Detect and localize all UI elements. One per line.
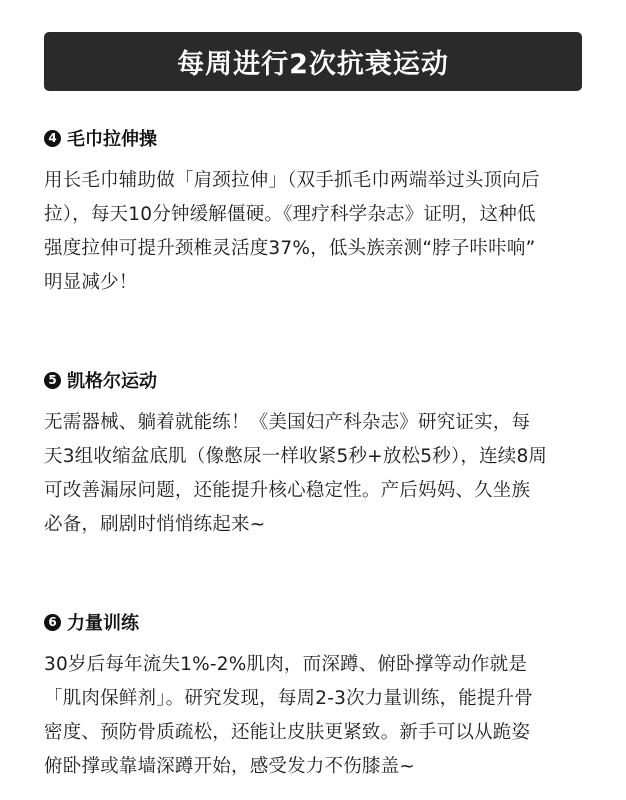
circled-number-4-icon: 4 (44, 130, 61, 147)
section-towel-stretch: 4 毛巾拉伸操 用长毛巾辅助做「肩颈拉伸」（双手抓毛巾两端举过头顶向后 拉），每… (44, 126, 604, 300)
body-line: 拉），每天10分钟缓解僵硬。《理疗科学杂志》证明，这种低 (44, 198, 604, 232)
body-line: 天3组收缩盆底肌（像憋尿一样收紧5秒+放松5秒），连续8周 (44, 440, 604, 474)
circled-number-6-icon: 6 (44, 614, 61, 631)
body-line: 强度拉伸可提升颈椎灵活度37%，低头族亲测“脖子咔咔响” (44, 232, 604, 266)
section-heading: 6 力量训练 (44, 610, 604, 634)
section-title: 凯格尔运动 (67, 367, 157, 393)
section-strength-training: 6 力量训练 30岁后每年流失1%-2%肌肉，而深蹲、俯卧撑等动作就是 「肌肉保… (44, 610, 604, 784)
circled-number-5-icon: 5 (44, 372, 61, 389)
body-line: 无需器械、躺着就能练！《美国妇产科杂志》研究证实，每 (44, 406, 604, 440)
section-heading: 4 毛巾拉伸操 (44, 126, 604, 150)
section-title: 毛巾拉伸操 (67, 125, 157, 151)
body-line: 必备，刷剧时悄悄练起来~ (44, 508, 604, 542)
body-line: 密度、预防骨质疏松，还能让皮肤更紧致。新手可以从跪姿 (44, 716, 604, 750)
body-line: 用长毛巾辅助做「肩颈拉伸」（双手抓毛巾两端举过头顶向后 (44, 164, 604, 198)
body-line: 可改善漏尿问题，还能提升核心稳定性。产后妈妈、久坐族 (44, 474, 604, 508)
body-line: 「肌肉保鲜剂」。研究发现，每周2-3次力量训练，能提升骨 (44, 682, 604, 716)
section-kegel: 5 凯格尔运动 无需器械、躺着就能练！《美国妇产科杂志》研究证实，每 天3组收缩… (44, 368, 604, 542)
body-line: 明显减少！ (44, 266, 604, 300)
section-title: 力量训练 (67, 609, 139, 635)
section-body: 30岁后每年流失1%-2%肌肉，而深蹲、俯卧撑等动作就是 「肌肉保鲜剂」。研究发… (44, 648, 604, 784)
body-line: 俯卧撑或靠墙深蹲开始，感受发力不伤膝盖~ (44, 750, 604, 784)
body-line: 30岁后每年流失1%-2%肌肉，而深蹲、俯卧撑等动作就是 (44, 648, 604, 682)
section-heading: 5 凯格尔运动 (44, 368, 604, 392)
section-body: 无需器械、躺着就能练！《美国妇产科杂志》研究证实，每 天3组收缩盆底肌（像憋尿一… (44, 406, 604, 542)
section-body: 用长毛巾辅助做「肩颈拉伸」（双手抓毛巾两端举过头顶向后 拉），每天10分钟缓解僵… (44, 164, 604, 300)
page-title: 每周进行2次抗衰运动 (177, 42, 449, 81)
title-banner: 每周进行2次抗衰运动 (44, 32, 582, 91)
